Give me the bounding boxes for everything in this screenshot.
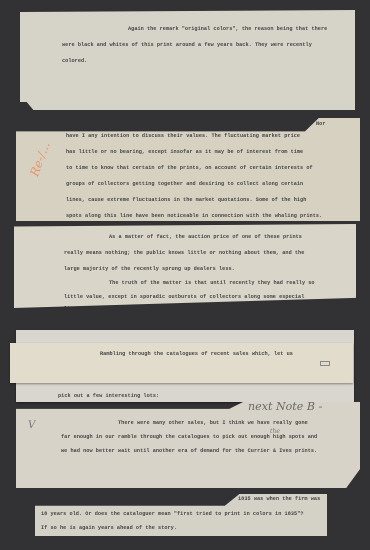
clipping-strip-6: next Note B - There were many other sale… <box>16 402 360 488</box>
mounting-board: Again the remark "original colors", the … <box>0 0 370 550</box>
text-line: colored. <box>62 58 87 64</box>
text-line: pick out a few interesting lots: <box>58 393 159 399</box>
text-line: Rambling through the catalogues of recen… <box>100 351 293 357</box>
text-line: has little or no bearing, except insofar… <box>66 149 303 155</box>
text-line: have I any intention to discuss their va… <box>66 133 300 139</box>
text-line: little value, except in sporadic outburs… <box>64 294 304 300</box>
clipping-strip-7: 1835 was when the firm was 18 years old.… <box>35 494 327 536</box>
text-line: line, that there was not enough involved… <box>64 306 270 312</box>
text-line: 1835 was when the firm was <box>238 496 320 502</box>
text-line: were black and whites of this print arou… <box>62 42 312 48</box>
text-line: really means nothing; the public knows l… <box>64 250 304 256</box>
text-line: The truth of the matter is that until re… <box>109 280 315 286</box>
clipping-strip-1: Again the remark "original colors", the … <box>20 10 355 110</box>
clipping-strip-2: Nor have I any intention to discuss thei… <box>16 118 360 221</box>
text-line: 18 years old. Or does the cataloguer mea… <box>41 511 304 517</box>
check-mark: V <box>28 420 35 431</box>
text-line: If so he is again years ahead of the sto… <box>41 525 177 531</box>
text-line: we had now better wait until another era… <box>61 448 317 454</box>
text-line: As a matter of fact, the auction price o… <box>109 234 302 240</box>
text-line: to time to know that certain of the prin… <box>66 165 313 171</box>
clipping-strip-4: Rambling through the catalogues of recen… <box>10 343 353 383</box>
text-line: Again the remark "original colors", the … <box>128 26 327 32</box>
clipping-strip-3: As a matter of fact, the auction price o… <box>14 224 356 308</box>
text-line: large majority of the recently sprung up… <box>64 266 235 272</box>
text-line: Nor <box>316 121 326 127</box>
text-line: groups of collectors getting together an… <box>66 181 303 187</box>
text-line: There were many other sales, but I think… <box>118 420 308 426</box>
text-line: far enough in our ramble through the cat… <box>61 434 317 440</box>
correction-mark <box>320 361 330 366</box>
text-line: spots along this line have been noticeab… <box>66 213 322 219</box>
text-line: lines, cause extreme fluctuations in the… <box>66 197 306 203</box>
handwritten-annotation: Re-/... <box>27 140 52 179</box>
